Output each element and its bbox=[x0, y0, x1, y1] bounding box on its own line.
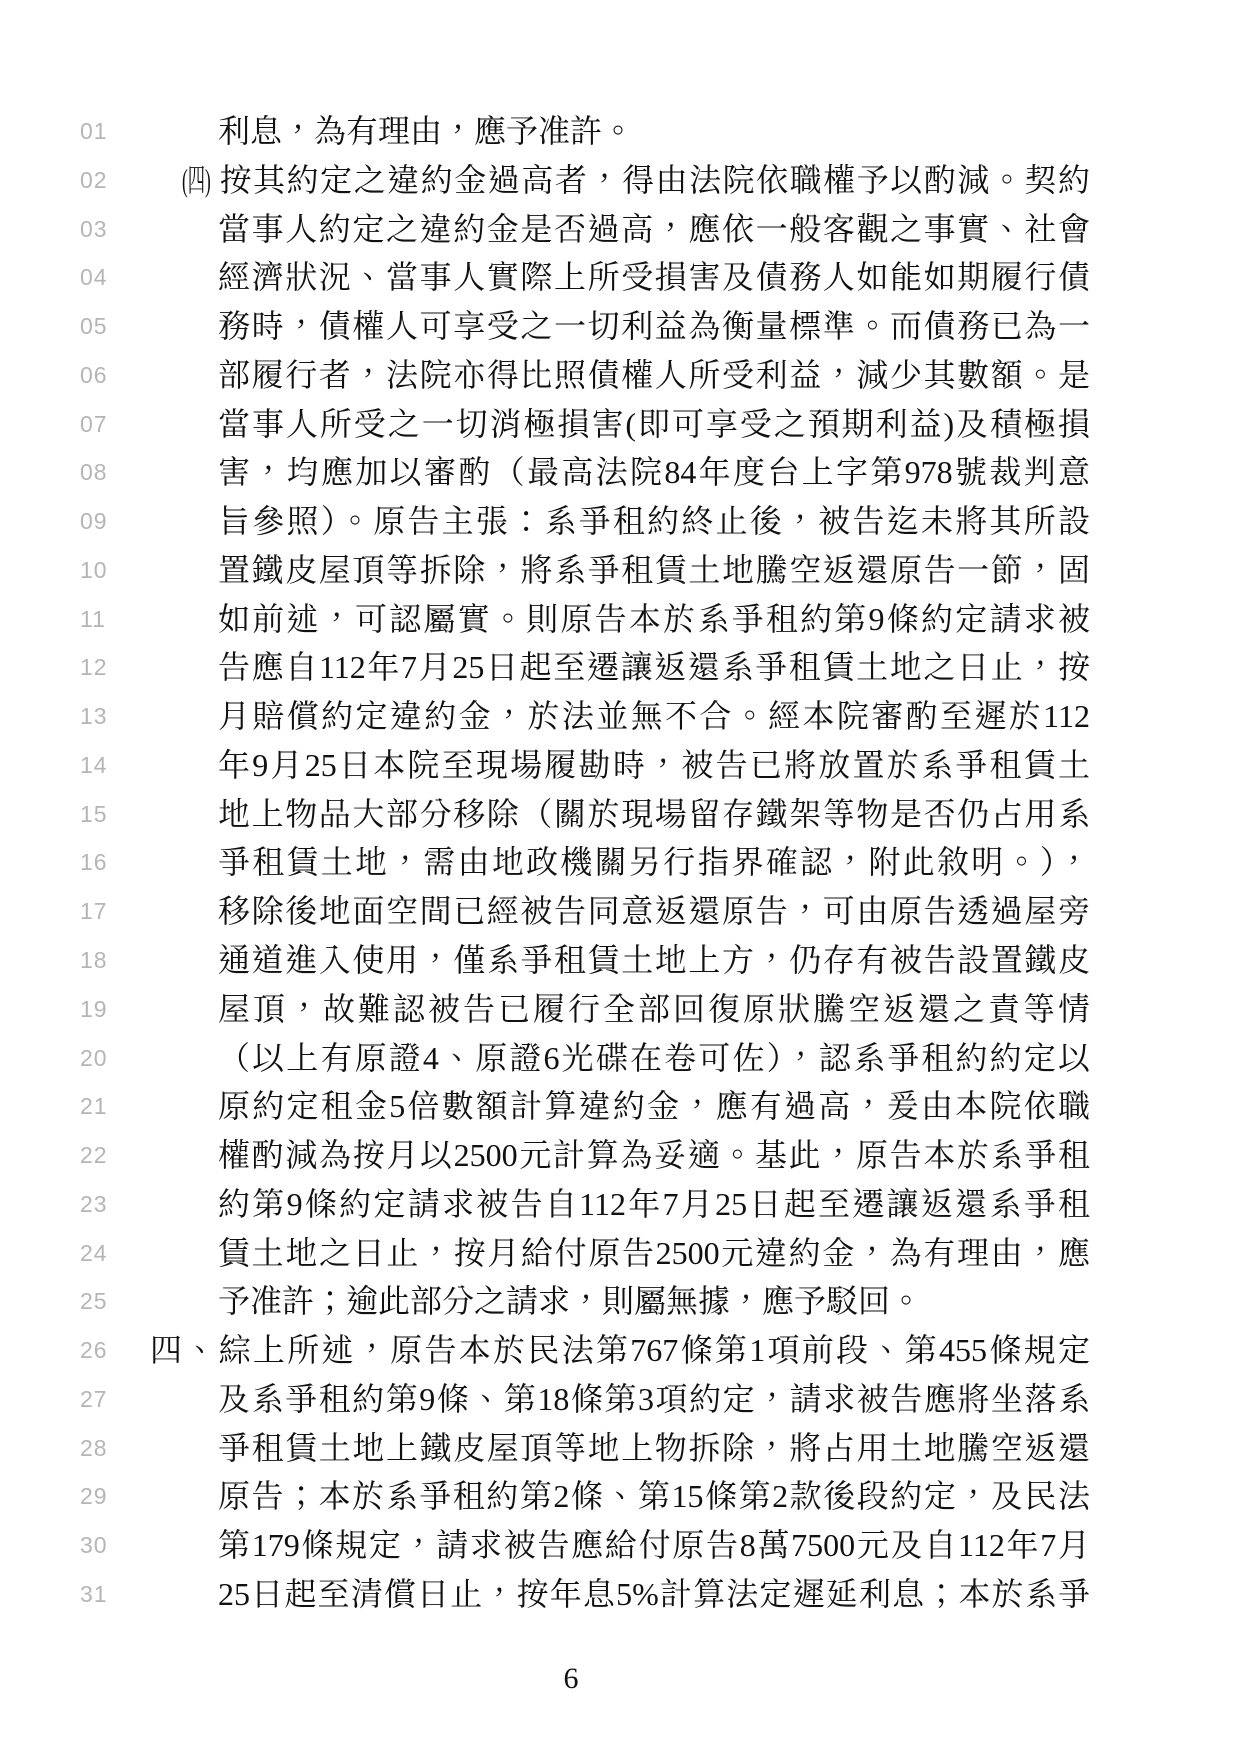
line-text: 年9月25日本院至現場履勘時，被告已將放置於系爭租賃土 bbox=[218, 747, 1090, 783]
text-line: 10 置鐵皮屋頂等拆除，將系爭租賃土地騰空返還原告一節，固 bbox=[0, 546, 1240, 595]
line-content: 賃土地之日止，按月給付原告2500元違約金，為有理由，應 bbox=[218, 1229, 1090, 1278]
line-text: 原約定租金5倍數額計算違約金，應有過高，爰由本院依職 bbox=[218, 1088, 1090, 1124]
line-marker: (四) bbox=[182, 156, 201, 205]
line-text: 原告；本於系爭租約第2條、第15條第2款後段約定，及民法 bbox=[218, 1478, 1090, 1514]
line-number: 30 bbox=[80, 1521, 126, 1570]
line-content: 通道進入使用，僅系爭租賃土地上方，仍存有被告設置鐵皮 bbox=[218, 936, 1090, 985]
text-line: 05 務時，債權人可享受之一切利益為衡量標準。而債務已為一 bbox=[0, 302, 1240, 351]
line-content: 爭租賃土地，需由地政機關另行指界確認，附此敘明。）， bbox=[218, 838, 1090, 887]
line-number: 10 bbox=[80, 546, 126, 595]
line-text: 移除後地面空間已經被告同意返還原告，可由原告透過屋旁 bbox=[218, 893, 1090, 929]
text-line: 18 通道進入使用，僅系爭租賃土地上方，仍存有被告設置鐵皮 bbox=[0, 936, 1240, 985]
line-number: 02 bbox=[80, 156, 126, 205]
line-text: 當事人所受之一切消極損害(即可享受之預期利益)及積極損 bbox=[218, 406, 1090, 442]
line-number: 23 bbox=[80, 1180, 126, 1229]
line-content: 及系爭租約第9條、第18條第3項約定，請求被告應將坐落系 bbox=[218, 1375, 1090, 1424]
line-text: 如前述，可認屬實。則原告本於系爭租約第9條約定請求被 bbox=[218, 601, 1090, 637]
line-content: 當事人所受之一切消極損害(即可享受之預期利益)及積極損 bbox=[218, 400, 1090, 449]
line-content: 害，均應加以審酌（最高法院84年度台上字第978號裁判意 bbox=[218, 448, 1090, 497]
line-number: 17 bbox=[80, 887, 126, 936]
line-text: 當事人約定之違約金是否過高，應依一般客觀之事實、社會 bbox=[218, 211, 1090, 247]
line-number: 19 bbox=[80, 985, 126, 1034]
line-number: 07 bbox=[80, 400, 126, 449]
line-number: 28 bbox=[80, 1424, 126, 1473]
text-line: 19 屋頂，故難認被告已履行全部回復原狀騰空返還之責等情 bbox=[0, 985, 1240, 1034]
text-line: 01 利息，為有理由，應予准許。 bbox=[0, 107, 1240, 156]
line-content: 經濟狀況、當事人實際上所受損害及債務人如能如期履行債 bbox=[218, 253, 1090, 302]
line-content: 部履行者，法院亦得比照債權人所受利益，減少其數額。是 bbox=[218, 351, 1090, 400]
text-line: 17 移除後地面空間已經被告同意返還原告，可由原告透過屋旁 bbox=[0, 887, 1240, 936]
line-content: 置鐵皮屋頂等拆除，將系爭租賃土地騰空返還原告一節，固 bbox=[218, 546, 1090, 595]
line-marker: 四、 bbox=[150, 1332, 219, 1368]
line-text: 權酌減為按月以2500元計算為妥適。基此，原告本於系爭租 bbox=[218, 1137, 1090, 1173]
line-content: 屋頂，故難認被告已履行全部回復原狀騰空返還之責等情 bbox=[218, 985, 1090, 1034]
text-line: 15 地上物品大部分移除（關於現場留存鐵架等物是否仍占用系 bbox=[0, 790, 1240, 839]
line-text: 置鐵皮屋頂等拆除，將系爭租賃土地騰空返還原告一節，固 bbox=[218, 552, 1090, 588]
text-line: 04 經濟狀況、當事人實際上所受損害及債務人如能如期履行債 bbox=[0, 253, 1240, 302]
line-number: 01 bbox=[80, 107, 126, 156]
line-content: (四)按其約定之違約金過高者，得由法院依職權予以酌減。契約 bbox=[182, 156, 1090, 205]
line-number: 12 bbox=[80, 643, 126, 692]
text-line: 14 年9月25日本院至現場履勘時，被告已將放置於系爭租賃土 bbox=[0, 741, 1240, 790]
text-line: 31 25日起至清償日止，按年息5%計算法定遲延利息；本於系爭 bbox=[0, 1570, 1240, 1619]
text-line: 20 （以上有原證4、原證6光碟在卷可佐），認系爭租約約定以 bbox=[0, 1034, 1240, 1083]
text-line: 24 賃土地之日止，按月給付原告2500元違約金，為有理由，應 bbox=[0, 1229, 1240, 1278]
line-text: 月賠償約定違約金，於法並無不合。經本院審酌至遲於112 bbox=[218, 698, 1090, 734]
line-content: 原約定租金5倍數額計算違約金，應有過高，爰由本院依職 bbox=[218, 1082, 1090, 1131]
line-content: 第179條規定，請求被告應給付原告8萬7500元及自112年7月 bbox=[218, 1521, 1090, 1570]
line-number: 13 bbox=[80, 692, 126, 741]
line-text: 綜上所述，原告本於民法第767條第1項前段、第455條規定 bbox=[219, 1332, 1090, 1368]
page-number: 6 bbox=[556, 1662, 586, 1696]
line-text: 務時，債權人可享受之一切利益為衡量標準。而債務已為一 bbox=[218, 308, 1090, 344]
text-line: 13 月賠償約定違約金，於法並無不合。經本院審酌至遲於112 bbox=[0, 692, 1240, 741]
line-content: 予准許；逾此部分之請求，則屬無據，應予駁回。 bbox=[218, 1277, 1090, 1326]
line-content: 約第9條約定請求被告自112年7月25日起至遷讓返還系爭租 bbox=[218, 1180, 1090, 1229]
text-line: 02 (四)按其約定之違約金過高者，得由法院依職權予以酌減。契約 bbox=[0, 156, 1240, 205]
text-line: 03 當事人約定之違約金是否過高，應依一般客觀之事實、社會 bbox=[0, 205, 1240, 254]
text-line: 28 爭租賃土地上鐵皮屋頂等地上物拆除，將占用土地騰空返還 bbox=[0, 1424, 1240, 1473]
line-content: 原告；本於系爭租約第2條、第15條第2款後段約定，及民法 bbox=[218, 1472, 1090, 1521]
line-number: 09 bbox=[80, 497, 126, 546]
line-content: （以上有原證4、原證6光碟在卷可佐），認系爭租約約定以 bbox=[218, 1034, 1090, 1083]
line-number: 16 bbox=[80, 838, 126, 887]
line-text: 告應自112年7月25日起至遷讓返還系爭租賃土地之日止，按 bbox=[218, 649, 1090, 685]
line-text: 通道進入使用，僅系爭租賃土地上方，仍存有被告設置鐵皮 bbox=[218, 942, 1090, 978]
line-text: 及系爭租約第9條、第18條第3項約定，請求被告應將坐落系 bbox=[218, 1381, 1090, 1417]
text-line: 09 旨參照）。原告主張：系爭租約終止後，被告迄未將其所設 bbox=[0, 497, 1240, 546]
line-number: 15 bbox=[80, 790, 126, 839]
line-content: 地上物品大部分移除（關於現場留存鐵架等物是否仍占用系 bbox=[218, 790, 1090, 839]
line-number: 06 bbox=[80, 351, 126, 400]
text-line: 21 原約定租金5倍數額計算違約金，應有過高，爰由本院依職 bbox=[0, 1082, 1240, 1131]
line-text: 旨參照）。原告主張：系爭租約終止後，被告迄未將其所設 bbox=[218, 503, 1090, 539]
line-text: 約第9條約定請求被告自112年7月25日起至遷讓返還系爭租 bbox=[218, 1186, 1090, 1222]
text-line: 06 部履行者，法院亦得比照債權人所受利益，減少其數額。是 bbox=[0, 351, 1240, 400]
text-line: 08 害，均應加以審酌（最高法院84年度台上字第978號裁判意 bbox=[0, 448, 1240, 497]
text-line: 22 權酌減為按月以2500元計算為妥適。基此，原告本於系爭租 bbox=[0, 1131, 1240, 1180]
line-number: 05 bbox=[80, 302, 126, 351]
line-number: 18 bbox=[80, 936, 126, 985]
line-number: 27 bbox=[80, 1375, 126, 1424]
line-content: 如前述，可認屬實。則原告本於系爭租約第9條約定請求被 bbox=[218, 595, 1090, 644]
text-line: 25 予准許；逾此部分之請求，則屬無據，應予駁回。 bbox=[0, 1277, 1240, 1326]
line-text: 賃土地之日止，按月給付原告2500元違約金，為有理由，應 bbox=[218, 1235, 1090, 1271]
line-number: 14 bbox=[80, 741, 126, 790]
line-content: 爭租賃土地上鐵皮屋頂等地上物拆除，將占用土地騰空返還 bbox=[218, 1424, 1090, 1473]
line-content: 25日起至清償日止，按年息5%計算法定遲延利息；本於系爭 bbox=[218, 1570, 1090, 1619]
text-line: 26 四、綜上所述，原告本於民法第767條第1項前段、第455條規定 bbox=[0, 1326, 1240, 1375]
line-content: 月賠償約定違約金，於法並無不合。經本院審酌至遲於112 bbox=[218, 692, 1090, 741]
line-number: 22 bbox=[80, 1131, 126, 1180]
line-content: 利息，為有理由，應予准許。 bbox=[218, 107, 1090, 156]
line-number: 26 bbox=[80, 1326, 126, 1375]
text-line: 29 原告；本於系爭租約第2條、第15條第2款後段約定，及民法 bbox=[0, 1472, 1240, 1521]
line-content: 務時，債權人可享受之一切利益為衡量標準。而債務已為一 bbox=[218, 302, 1090, 351]
line-text: 爭租賃土地，需由地政機關另行指界確認，附此敘明。）， bbox=[218, 844, 1090, 880]
line-text: （以上有原證4、原證6光碟在卷可佐），認系爭租約約定以 bbox=[218, 1040, 1090, 1076]
line-text: 害，均應加以審酌（最高法院84年度台上字第978號裁判意 bbox=[218, 454, 1090, 490]
line-number: 20 bbox=[80, 1034, 126, 1083]
line-text: 爭租賃土地上鐵皮屋頂等地上物拆除，將占用土地騰空返還 bbox=[218, 1430, 1090, 1466]
line-text: 予准許；逾此部分之請求，則屬無據，應予駁回。 bbox=[218, 1283, 922, 1319]
text-line: 27 及系爭租約第9條、第18條第3項約定，請求被告應將坐落系 bbox=[0, 1375, 1240, 1424]
judgment-page: 01 利息，為有理由，應予准許。 02 (四)按其約定之違約金過高者，得由法院依… bbox=[0, 0, 1240, 1755]
line-text: 屋頂，故難認被告已履行全部回復原狀騰空返還之責等情 bbox=[218, 991, 1090, 1027]
line-number: 24 bbox=[80, 1229, 126, 1278]
line-content: 權酌減為按月以2500元計算為妥適。基此，原告本於系爭租 bbox=[218, 1131, 1090, 1180]
text-line: 16 爭租賃土地，需由地政機關另行指界確認，附此敘明。）， bbox=[0, 838, 1240, 887]
line-content: 四、綜上所述，原告本於民法第767條第1項前段、第455條規定 bbox=[150, 1326, 1090, 1375]
line-number: 03 bbox=[80, 205, 126, 254]
line-number: 31 bbox=[80, 1570, 126, 1619]
text-lines: 01 利息，為有理由，應予准許。 02 (四)按其約定之違約金過高者，得由法院依… bbox=[0, 107, 1240, 1619]
line-number: 29 bbox=[80, 1472, 126, 1521]
text-line: 23 約第9條約定請求被告自112年7月25日起至遷讓返還系爭租 bbox=[0, 1180, 1240, 1229]
line-number: 11 bbox=[80, 595, 126, 644]
line-text: 利息，為有理由，應予准許。 bbox=[218, 113, 634, 149]
line-content: 旨參照）。原告主張：系爭租約終止後，被告迄未將其所設 bbox=[218, 497, 1090, 546]
line-text: 部履行者，法院亦得比照債權人所受利益，減少其數額。是 bbox=[218, 357, 1090, 393]
text-line: 12 告應自112年7月25日起至遷讓返還系爭租賃土地之日止，按 bbox=[0, 643, 1240, 692]
line-content: 年9月25日本院至現場履勘時，被告已將放置於系爭租賃土 bbox=[218, 741, 1090, 790]
line-number: 08 bbox=[80, 448, 126, 497]
line-text: 第179條規定，請求被告應給付原告8萬7500元及自112年7月 bbox=[218, 1527, 1090, 1563]
text-line: 07 當事人所受之一切消極損害(即可享受之預期利益)及積極損 bbox=[0, 400, 1240, 449]
text-line: 30 第179條規定，請求被告應給付原告8萬7500元及自112年7月 bbox=[0, 1521, 1240, 1570]
line-number: 04 bbox=[80, 253, 126, 302]
text-line: 11 如前述，可認屬實。則原告本於系爭租約第9條約定請求被 bbox=[0, 595, 1240, 644]
line-text: 經濟狀況、當事人實際上所受損害及債務人如能如期履行債 bbox=[218, 259, 1090, 295]
line-content: 移除後地面空間已經被告同意返還原告，可由原告透過屋旁 bbox=[218, 887, 1090, 936]
line-content: 當事人約定之違約金是否過高，應依一般客觀之事實、社會 bbox=[218, 205, 1090, 254]
line-text: 地上物品大部分移除（關於現場留存鐵架等物是否仍占用系 bbox=[218, 796, 1090, 832]
line-text: 25日起至清償日止，按年息5%計算法定遲延利息；本於系爭 bbox=[218, 1576, 1090, 1612]
line-content: 告應自112年7月25日起至遷讓返還系爭租賃土地之日止，按 bbox=[218, 643, 1090, 692]
line-number: 25 bbox=[80, 1277, 126, 1326]
line-text: 按其約定之違約金過高者，得由法院依職權予以酌減。契約 bbox=[218, 162, 1090, 198]
line-number: 21 bbox=[80, 1082, 126, 1131]
